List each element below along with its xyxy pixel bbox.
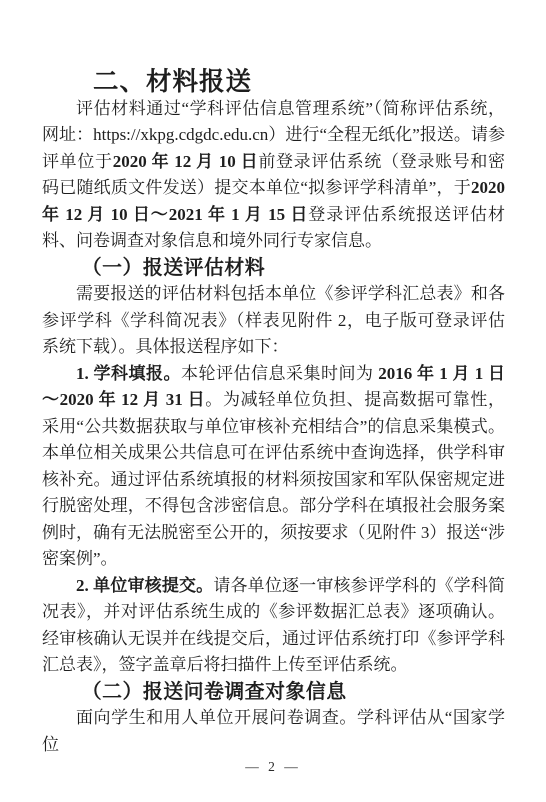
subsection-heading-survey-targets: （二）报送问卷调查对象信息 xyxy=(42,679,505,706)
paragraph-submission-overview: 评估材料通过“学科评估信息管理系统”（简称评估系统，网址：https://xkp… xyxy=(42,96,505,255)
page-number: — 2 — xyxy=(0,754,546,781)
paragraph-step-1-discipline-filing: 1. 学科填报。本轮评估信息采集时间为 2016 年 1 月 1 日～2020 … xyxy=(42,361,505,573)
paragraph-survey-intro: 面向学生和用人单位开展问卷调查。学科评估从“国家学位 xyxy=(42,705,505,758)
section-heading: 二、材料报送 xyxy=(42,69,505,96)
paragraph-step-2-unit-review-submit: 2. 单位审核提交。请各单位逐一审核参评学科的《学科简况表》，并对评估系统生成的… xyxy=(42,573,505,679)
document-page: 二、材料报送 评估材料通过“学科评估信息管理系统”（简称评估系统，网址：http… xyxy=(0,0,546,802)
subsection-heading-report-materials: （一）报送评估材料 xyxy=(42,255,505,282)
paragraph-required-materials: 需要报送的评估材料包括本单位《参评学科汇总表》和各参评学科《学科简况表》（样表见… xyxy=(42,281,505,361)
